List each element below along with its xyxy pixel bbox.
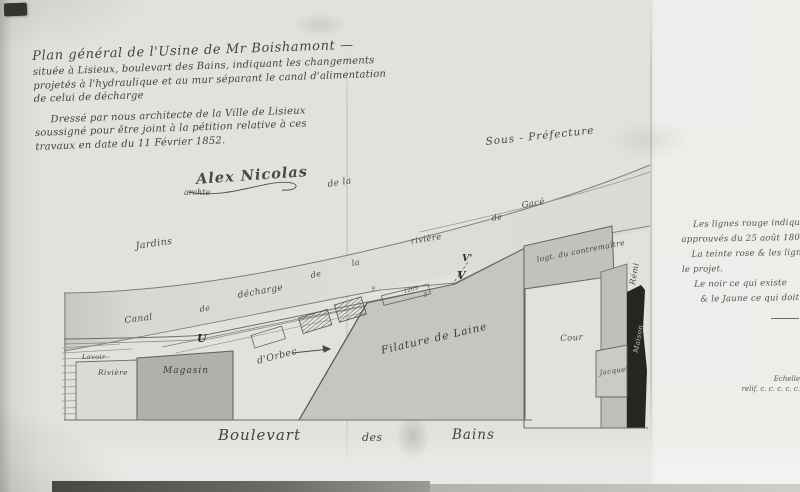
label-de-1: de xyxy=(199,304,211,314)
magasin-building xyxy=(137,351,233,420)
label-la: la xyxy=(351,258,361,268)
flow-arrow xyxy=(292,346,330,353)
street-name-des: des xyxy=(362,431,382,444)
archival-photo-of-plan: Plan général de l'Usine de Mr Boishamont… xyxy=(0,0,800,492)
label-cour: Cour xyxy=(560,333,583,344)
architect-signature-role: archte xyxy=(184,188,210,197)
street-name-bains: Bains xyxy=(452,427,495,443)
scale-note-line-1: Echelle xyxy=(716,374,800,384)
marker-u: U xyxy=(197,332,207,345)
label-de-2: de xyxy=(310,269,322,280)
marker-v-prime: V' xyxy=(462,253,472,264)
street-name-boulevart: Boulevart xyxy=(218,426,301,444)
sluice-hatched-block xyxy=(299,309,332,333)
legend-notes: Les lignes rouge indiquent approuvés du … xyxy=(681,215,800,308)
legend-rule xyxy=(771,318,799,319)
label-magasin: Magasin xyxy=(163,366,209,376)
legend-line-6: & le Jaune ce qui doit s xyxy=(682,290,800,308)
photo-bottom-edge xyxy=(430,484,800,492)
scale-note-line-2: relif. c. c. c. c. c. xyxy=(716,384,800,394)
legend-line-3: La teinte rose & les lignes b xyxy=(682,245,800,263)
label-de-3: de xyxy=(491,212,503,223)
photo-bottom-shadow xyxy=(52,481,430,492)
black-strip-building xyxy=(627,285,647,428)
marker-v: V xyxy=(457,269,466,282)
scale-note: Echelle relif. c. c. c. c. c. xyxy=(716,374,800,394)
title-block: Plan général de l'Usine de Mr Boishamont… xyxy=(32,37,356,154)
label-lavoir: Lavoir xyxy=(82,353,105,361)
label-riviere-small: Rivière xyxy=(98,368,128,377)
